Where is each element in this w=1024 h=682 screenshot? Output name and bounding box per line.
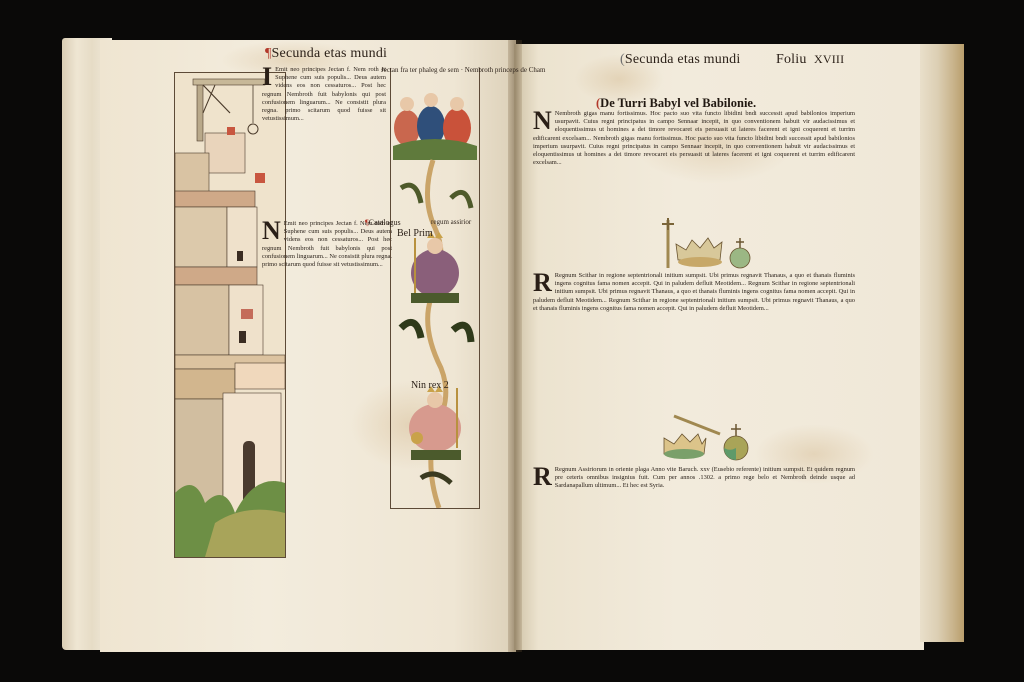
book-gutter [508,40,522,652]
genealogy-column: Jectan fra ter phaleg de sem · Nembroth … [390,68,480,509]
right-running-head: (Secunda etas mundi [620,52,740,68]
right-page-stack-edge [920,44,964,642]
catalog-label-right: regum assirior [431,218,471,226]
scepter-crown-orb-icon [656,216,766,270]
folio-number: Foliu XVIII [776,52,844,68]
king-label-nin: Nin rex 2 [411,380,449,391]
crown-orb-scepter-icon [660,408,760,462]
left-text-column-top: IEmit neo principes Jectan f. Nem roth e… [262,66,386,216]
paragraph-regnum-scithar: RRegnum Scithar in regione septentrional… [533,272,855,408]
king-label-bel: Bel Prim [397,228,433,239]
genealogy-top-labels: Jectan fra ter phaleg de sem · Nembroth … [381,66,491,74]
paragraph-regnum-assiriorum: RRegnum Assiriorum in oriente plaga Anno… [533,466,855,510]
section-title: (De Turri Babyl vel Babilonie. [596,96,756,111]
open-book-photo: ¶Secunda etas mundi [0,0,1024,682]
left-text-column-main: NEmit neo principes Jectan f. Nem roth e… [262,220,392,510]
genealogy-woodcut-icon [391,68,479,508]
catalog-label: ¶Catalogus [365,218,401,227]
left-running-head: ¶Secunda etas mundi [265,46,387,62]
